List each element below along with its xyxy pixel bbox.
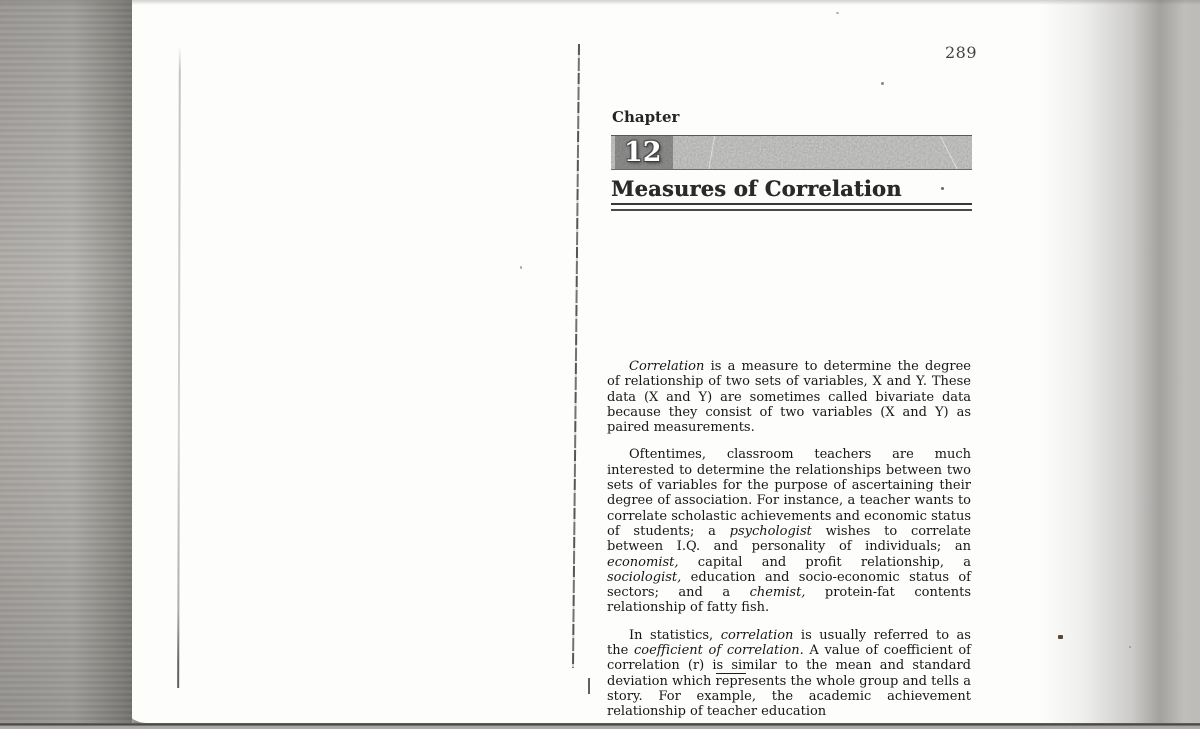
title-double-rule — [611, 203, 972, 211]
chapter-title: Measures of Correlation — [611, 176, 902, 201]
dust-speck — [520, 266, 522, 269]
scanner-background — [0, 0, 132, 729]
dust-speck — [836, 12, 839, 14]
page-bottom-edge — [0, 723, 1200, 729]
dust-speck — [1129, 646, 1131, 648]
dust-speck — [941, 187, 944, 190]
chapter-label: Chapter — [612, 108, 679, 126]
chapter-banner: 12 — [611, 135, 972, 170]
dust-speck — [881, 82, 884, 85]
paragraph: Correlation is a measure to determine th… — [607, 359, 971, 435]
page-right-shadow — [1040, 0, 1200, 729]
paragraph: Oftentimes, classroom teachers are much … — [607, 447, 971, 615]
gutter-crease-dash — [588, 678, 590, 694]
chapter-number: 12 — [624, 136, 662, 169]
paragraph: In statistics, correlation is usually re… — [607, 628, 971, 720]
scanned-book-page: 289 Chapter 12 Measures — [0, 0, 1200, 729]
scan-top-edge — [0, 0, 1200, 5]
page-number: 289 — [945, 43, 977, 62]
dust-speck — [1058, 635, 1063, 639]
body-text: Correlation is a measure to determine th… — [607, 359, 971, 720]
